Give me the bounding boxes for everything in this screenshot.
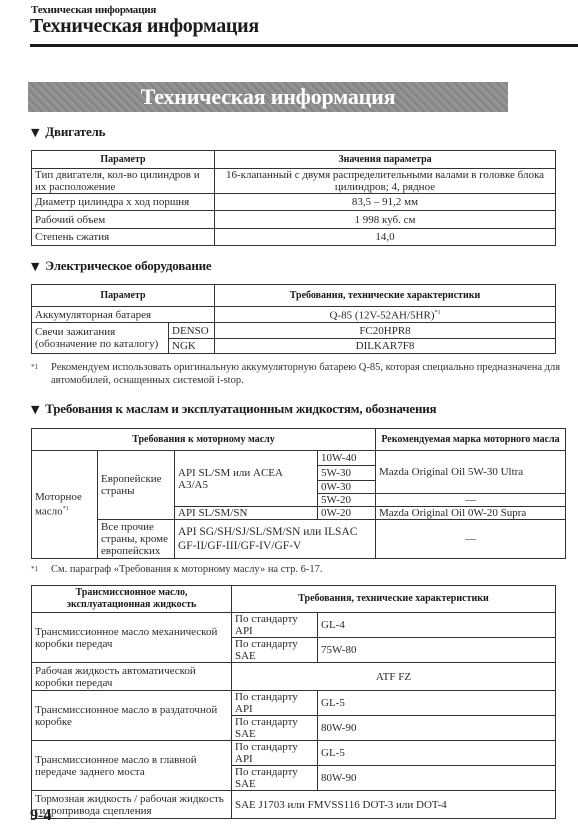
fluids-table: Трансмиссионное масло, эксплуатационная … <box>31 585 556 819</box>
fluid-name: Трансмиссионное масло в главной передаче… <box>32 741 232 791</box>
battery-value: Q-85 (12V-52AH/5HR) <box>329 310 434 322</box>
table-row: Свечи зажигания (обозначение по каталогу… <box>32 323 556 339</box>
brand-cell: NGK <box>169 339 215 354</box>
triangle-down-icon: ▼ <box>31 403 39 416</box>
value-cell: 14,0 <box>215 229 556 246</box>
brand-cell: — <box>376 494 566 507</box>
engine-heading: ▼Двигатель <box>31 124 105 140</box>
engine-heading-text: Двигатель <box>45 124 105 139</box>
value-cell: ATF FZ <box>232 663 556 691</box>
value-cell: 80W-90 <box>318 716 556 741</box>
value-cell: GL-5 <box>318 691 556 716</box>
viscosity-cell: 0W-20 <box>318 507 376 520</box>
electrical-footnote: *1Рекомендуем использовать оригинальную … <box>31 361 571 387</box>
value-cell: 75W-80 <box>318 638 556 663</box>
col-header: Параметр <box>32 151 215 169</box>
footnote-mark: *1 <box>435 310 441 316</box>
viscosity-cell: 5W-20 <box>318 494 376 507</box>
footnote-mark: *1 <box>31 361 51 374</box>
col-header: Требования, технические характеристики <box>232 586 556 613</box>
row-label: Моторное масло*1 <box>32 451 98 559</box>
value-cell: Q-85 (12V-52AH/5HR)*1 <box>215 307 556 323</box>
section-banner: Техническая информация <box>28 82 508 112</box>
param-cell: Свечи зажигания (обозначение по каталогу… <box>32 323 169 354</box>
standard-cell: По стандарту SAE <box>232 638 318 663</box>
triangle-down-icon: ▼ <box>31 260 39 273</box>
fluid-name: Рабочая жидкость автоматической коробки … <box>32 663 232 691</box>
electrical-table: Параметр Требования, технические характе… <box>31 284 556 354</box>
footnote-mark: *1 <box>63 506 69 512</box>
engine-table: Параметр Значения параметра Тип двигател… <box>31 150 556 246</box>
oils-heading-text: Требования к маслам и эксплуатационным ж… <box>45 401 436 416</box>
table-row: Рабочий объем 1 998 куб. см <box>32 211 556 229</box>
table-row: Тип двигателя, кол-во цилиндров и их рас… <box>32 169 556 194</box>
standard-cell: По стандарту SAE <box>232 766 318 791</box>
col-header: Требования, технические характеристики <box>215 285 556 307</box>
engine-oil-table: Требования к моторному маслу Рекомендуем… <box>31 428 566 559</box>
param-cell: Степень сжатия <box>32 229 215 246</box>
table-row: Аккумуляторная батарея Q-85 (12V-52AH/5H… <box>32 307 556 323</box>
fluid-name: Трансмиссионное масло механической короб… <box>32 613 232 663</box>
value-cell: 16-клапанный с двумя распределительными … <box>215 169 556 194</box>
brand-cell: Mazda Original Oil 5W-30 Ultra <box>376 451 566 494</box>
electrical-heading: ▼Электрическое оборудование <box>31 258 212 274</box>
fluid-name: Трансмиссионное масло в раздаточной коро… <box>32 691 232 741</box>
table-row: Степень сжатия 14,0 <box>32 229 556 246</box>
value-cell: 1 998 куб. см <box>215 211 556 229</box>
param-cell: Диаметр цилиндра х ход поршня <box>32 194 215 211</box>
footnote-text: См. параграф «Требования к моторному мас… <box>51 564 322 575</box>
spec-cell: API SL/SM или ACEA A3/A5 <box>175 451 318 507</box>
param-cell: Аккумуляторная батарея <box>32 307 215 323</box>
oils-footnote: *1См. параграф «Требования к моторному м… <box>31 563 571 576</box>
value-cell: 80W-90 <box>318 766 556 791</box>
standard-cell: По стандарту SAE <box>232 716 318 741</box>
brand-cell: Mazda Original Oil 0W-20 Supra <box>376 507 566 520</box>
triangle-down-icon: ▼ <box>31 126 39 139</box>
spec-cell: API SL/SM/SN <box>175 507 318 520</box>
table-row: Трансмиссионное масло механической короб… <box>32 613 556 638</box>
standard-cell: По стандарту API <box>232 741 318 766</box>
value-cell: FC20HPR8 <box>215 323 556 339</box>
footnote-mark: *1 <box>31 563 51 576</box>
table-row: Трансмиссионное масло в раздаточной коро… <box>32 691 556 716</box>
banner-title: Техническая информация <box>141 84 396 110</box>
value-cell: 83,5 – 91,2 мм <box>215 194 556 211</box>
value-cell: DILKAR7F8 <box>215 339 556 354</box>
title-rule <box>30 44 578 47</box>
viscosity-cell: 10W-40 <box>318 451 376 466</box>
footnote-text: Рекомендуем использовать оригинальную ак… <box>51 361 566 387</box>
brand-cell: DENSO <box>169 323 215 339</box>
col-header: Параметр <box>32 285 215 307</box>
viscosity-cell: 5W-30 <box>318 466 376 481</box>
col-header: Трансмиссионное масло, эксплуатационная … <box>32 586 232 613</box>
viscosity-cell: 0W-30 <box>318 481 376 494</box>
value-cell: GL-5 <box>318 741 556 766</box>
table-row: Трансмиссионное масло в главной передаче… <box>32 741 556 766</box>
page-number: 9-4 <box>30 807 51 825</box>
standard-cell: По стандарту API <box>232 613 318 638</box>
brand-cell: — <box>376 520 566 559</box>
value-cell: SAE J1703 или FMVSS116 DOT-3 или DOT-4 <box>232 791 556 819</box>
region-cell: Европейские страны <box>98 451 175 520</box>
standard-cell: По стандарту API <box>232 691 318 716</box>
value-cell: GL-4 <box>318 613 556 638</box>
table-row: Диаметр цилиндра х ход поршня 83,5 – 91,… <box>32 194 556 211</box>
page-title: Техническая информация <box>30 15 259 38</box>
col-header: Рекомендуемая марка моторного масла <box>376 429 566 451</box>
param-cell: Рабочий объем <box>32 211 215 229</box>
param-cell: Тип двигателя, кол-во цилиндров и их рас… <box>32 169 215 194</box>
oils-heading: ▼Требования к маслам и эксплуатационным … <box>31 401 436 417</box>
table-row: Тормозная жидкость / рабочая жидкость ги… <box>32 791 556 819</box>
engine-oil-label: Моторное масло <box>35 491 82 518</box>
table-row: Рабочая жидкость автоматической коробки … <box>32 663 556 691</box>
col-header: Значения параметра <box>215 151 556 169</box>
col-header: Требования к моторному маслу <box>32 429 376 451</box>
spec-cell: API SG/SH/SJ/SL/SM/SN или ILSAC GF-II/GF… <box>175 520 376 559</box>
region-cell: Все прочие страны, кроме европейских <box>98 520 175 559</box>
fluid-name: Тормозная жидкость / рабочая жидкость ги… <box>32 791 232 819</box>
electrical-heading-text: Электрическое оборудование <box>45 258 211 273</box>
